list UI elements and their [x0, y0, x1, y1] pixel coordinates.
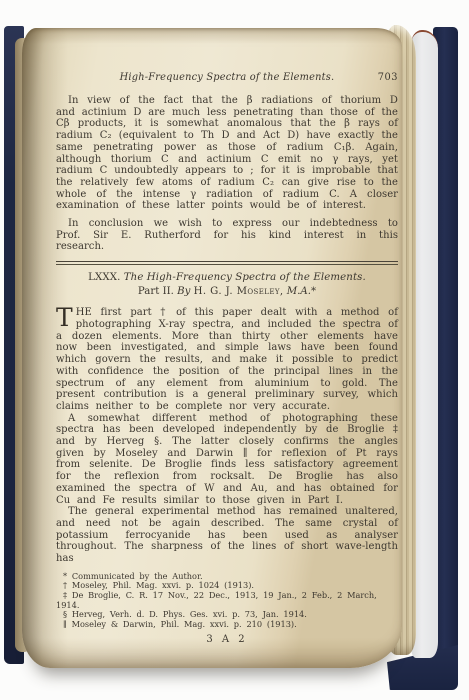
- article-paragraph-1-text: HE first part † of this paper dealt with…: [56, 307, 398, 412]
- article-byline: Part II. By H. G. J. Moseley, M.A.*: [56, 286, 398, 299]
- byline-by-word: By: [177, 286, 190, 297]
- running-header: High-Frequency Spectra of the Elements. …: [56, 72, 398, 84]
- article-paragraph-1: THE first part † of this paper dealt wit…: [56, 307, 398, 412]
- footnotes: * Communicated by the Author. † Moseley,…: [56, 572, 398, 630]
- closing-paragraph-1: In view of the fact that the β radiation…: [56, 95, 398, 212]
- article-paragraph-2: A somewhat different method of photograp…: [56, 413, 398, 507]
- article-title: LXXX. The High-Frequency Spectra of the …: [56, 272, 398, 285]
- section-divider-rule: [56, 261, 398, 265]
- drop-cap-initial: T: [56, 308, 73, 329]
- signature-mark: 3 A 2: [56, 634, 398, 645]
- author-name: H. G. J. Moseley,: [194, 286, 284, 297]
- article-part-label: Part II.: [138, 286, 174, 297]
- author-degree: M.A.*: [287, 286, 316, 297]
- article-paragraph-3: The general experimental method has rema…: [56, 506, 398, 565]
- article-title-text: The High-Frequency Spectra of the Elemen…: [124, 272, 366, 283]
- running-header-title: High-Frequency Spectra of the Elements.: [120, 72, 335, 83]
- article-number: LXXX.: [88, 272, 120, 283]
- page-text-column: High-Frequency Spectra of the Elements. …: [56, 72, 398, 645]
- footnote-moseley-darwin: ∥ Moseley & Darwin, Phil. Mag. xxvi. p. …: [56, 620, 398, 630]
- page-number: 703: [378, 72, 398, 84]
- book-page: High-Frequency Spectra of the Elements. …: [22, 28, 402, 668]
- book-photo: High-Frequency Spectra of the Elements. …: [0, 0, 469, 700]
- closing-paragraph-2: In conclusion we wish to express our ind…: [56, 218, 398, 253]
- footnote-de-broglie: ‡ De Broglie, C. R. 17 Nov., 22 Dec., 19…: [56, 591, 398, 610]
